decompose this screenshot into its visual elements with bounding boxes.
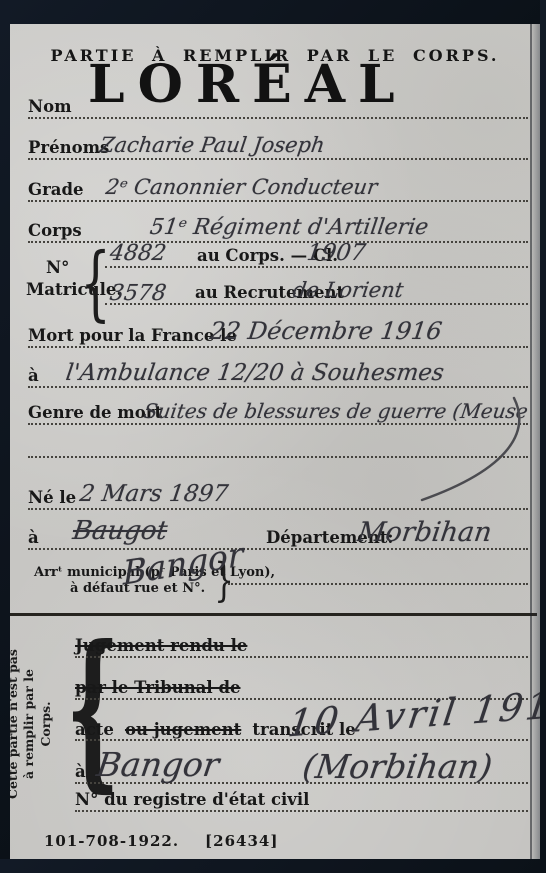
registre-label: N° du registre d'état civil	[75, 790, 309, 809]
naissance-date-value: 2 Mars 1897	[78, 481, 230, 507]
scan-border-bottom	[0, 859, 546, 873]
corps-label: Corps	[28, 221, 82, 240]
grade-value: 2ᵉ Canonnier Conducteur	[104, 175, 379, 199]
imprint-code: 101-708-1922.	[44, 832, 179, 850]
matricule-corps-row: 4882 au Corps. — Cl. 1907	[105, 238, 528, 268]
matricule-recrutement-row: 3578 au Recrutement de Lorient	[105, 275, 528, 305]
field-prenoms: Prénoms Zacharie Paul Joseph	[28, 130, 528, 160]
field-registre: N° du registre d'état civil	[75, 788, 528, 812]
field-lieu-naissance: à Baugot Département: Morbihan	[28, 520, 528, 550]
lieu-naissance-raye: Baugot	[71, 516, 169, 546]
transcription-struck: ou jugement	[125, 720, 241, 739]
death-record-form: PARTIE À REMPLIR PAR LE CORPS. LORÉAL No…	[10, 24, 540, 859]
lieu-transcription-departement: (Morbihan)	[300, 747, 495, 786]
field-mort: Mort pour la France le 22 Décembre 1916	[28, 318, 528, 348]
imprint-reference: [26434]	[205, 832, 278, 850]
lieu-transcription-value: Bangor	[94, 745, 221, 784]
jugement-rendu-label: Jugement rendu le	[75, 636, 247, 655]
empty-dotted-line	[28, 448, 528, 458]
prenoms-value: Zacharie Paul Joseph	[98, 133, 326, 157]
scan-border-left	[0, 0, 10, 873]
field-jugement-rendu: Jugement rendu le	[75, 634, 528, 658]
grade-label: Grade	[28, 180, 84, 199]
nom-label: Nom	[28, 97, 72, 116]
scan-border-top	[0, 0, 546, 24]
departement-value: Morbihan	[356, 517, 494, 548]
margin-note: Cette partie n'est pas à remplir par le …	[10, 649, 63, 799]
field-lieu-transcription: à Bangor (Morbihan)	[75, 756, 528, 784]
arrondissement-line	[228, 559, 528, 585]
matricule-recrutement-number: 3578	[108, 281, 168, 306]
field-nom: Nom	[28, 74, 528, 119]
scan-border-right	[540, 0, 546, 873]
lieu-deces-label: à	[28, 366, 39, 385]
field-lieu-deces: à l'Ambulance 12/20 à Souhesmes	[28, 358, 528, 388]
lieu-deces-value: l'Ambulance 12/20 à Souhesmes	[64, 360, 445, 386]
matricule-recrutement-place: de Lorient	[291, 278, 405, 302]
naissance-label: Né le	[28, 488, 76, 507]
field-grade: Grade 2ᵉ Canonnier Conducteur	[28, 172, 528, 202]
imprint-line: 101-708-1922.[26434]	[44, 832, 304, 850]
lieu-transcription-label: à	[75, 762, 86, 781]
prenoms-label: Prénoms	[28, 138, 109, 157]
mort-date-value: 22 Décembre 1916	[208, 317, 444, 345]
page-edge-shadow	[530, 24, 540, 859]
matricule-label-line1: N°	[46, 258, 69, 277]
transcription-prefix: acte	[75, 720, 114, 739]
mort-label: Mort pour la France le	[28, 326, 237, 345]
matricule-corps-number: 4882	[108, 241, 168, 266]
lieu-naissance-label: à	[28, 528, 39, 547]
matricule-classe-value: 1907	[305, 240, 367, 266]
field-naissance: Né le 2 Mars 1897	[28, 480, 528, 510]
scan-viewport: { "colors": { "paper": "#cbcac7", "print…	[0, 0, 546, 873]
tribunal-label: par le Tribunal de	[75, 678, 240, 697]
corps-value: 51ᵉ Régiment d'Artillerie	[148, 215, 430, 240]
